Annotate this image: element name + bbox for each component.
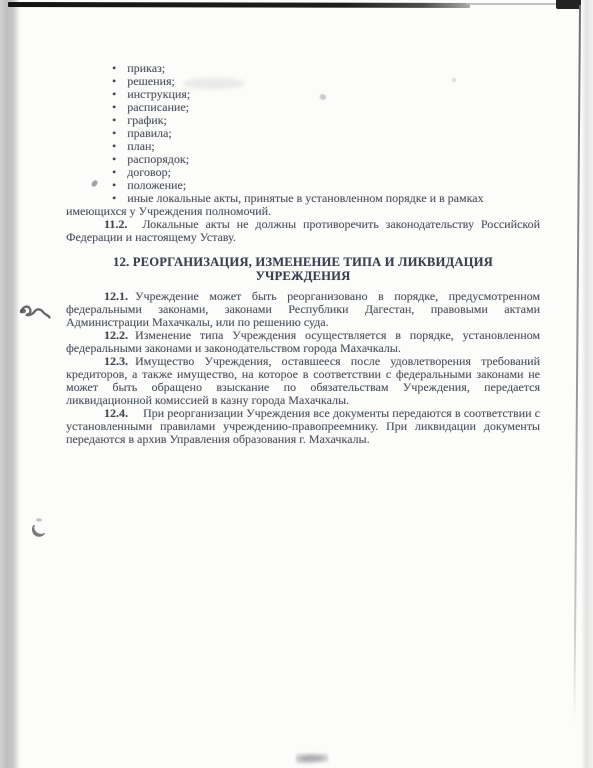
bullet-marker: •: [112, 61, 116, 75]
bullet-marker: •: [112, 126, 116, 140]
bullet-marker: •: [112, 74, 116, 88]
list-item-text: расписание;: [127, 100, 189, 114]
paragraph-text: Учреждение может быть реорганизовано в п…: [66, 289, 540, 329]
list-item-text: иные локальные акты, принятые в установл…: [66, 191, 484, 218]
paragraph-number: 12.3.: [104, 354, 128, 368]
list-item-text: график;: [127, 113, 167, 127]
list-item-other-acts: •иные локальные акты, принятые в установ…: [66, 192, 514, 218]
list-item-text: приказ;: [127, 61, 165, 75]
local-acts-bullet-list: •приказ; •решения; •инструкция; •расписа…: [66, 62, 540, 192]
bullet-marker: •: [112, 165, 116, 179]
list-item-text: план;: [127, 139, 155, 153]
paragraph-number: 12.1.: [104, 289, 128, 303]
paragraph-number: 11.2.: [104, 217, 127, 231]
list-item-text: договор;: [127, 165, 171, 179]
paragraph-11-2: 11.2.Локальные акты не должны противореч…: [66, 218, 540, 244]
scan-right-edge-shadow: [581, 0, 593, 768]
list-item-text: распорядок;: [127, 152, 189, 166]
paragraph-12-1: 12.1.Учреждение может быть реорганизован…: [66, 290, 540, 329]
bullet-marker: •: [112, 87, 116, 101]
paragraph-text: Локальные акты не должны противоречить з…: [66, 217, 540, 244]
list-item-text: инструкция;: [127, 87, 190, 101]
bullet-marker: •: [112, 152, 116, 166]
scan-top-edge-line: [8, 2, 470, 8]
bullet-marker: •: [112, 113, 116, 127]
list-item-text: положение;: [127, 178, 186, 192]
section-12-heading: 12. РЕОРГАНИЗАЦИЯ, ИЗМЕНЕНИЕ ТИПА И ЛИКВ…: [97, 256, 509, 283]
paragraph-12-2: 12.2.Изменение типа Учреждения осуществл…: [66, 329, 540, 355]
scan-left-edge-shadow: [0, 0, 20, 768]
scan-right-edge-line: [573, 5, 581, 725]
bullet-marker: •: [112, 139, 116, 153]
hole-punch-shadow-artifact: [29, 513, 47, 539]
list-item-text: правила;: [127, 126, 171, 140]
ink-squiggle-artifact: [19, 303, 51, 323]
paragraph-text: Имущество Учреждения, оставшееся после у…: [66, 354, 540, 407]
bullet-marker: •: [112, 178, 116, 192]
paragraph-number: 12.4.: [104, 406, 128, 420]
paragraph-12-4: 12.4.При реорганизации Учреждения все до…: [66, 407, 540, 446]
paragraph-text: Изменение типа Учреждения осуществляется…: [66, 328, 540, 355]
list-item-text: решения;: [127, 74, 175, 88]
paragraph-number: 12.2.: [104, 328, 128, 342]
paragraph-12-3: 12.3.Имущество Учреждения, оставшееся по…: [66, 355, 540, 407]
bullet-marker: •: [112, 191, 116, 205]
bullet-marker: •: [112, 100, 116, 114]
paragraph-text: При реорганизации Учреждения все докумен…: [66, 406, 540, 446]
scanned-document-page: •приказ; •решения; •инструкция; •расписа…: [0, 0, 593, 768]
scan-top-edge-line-thin: [466, 3, 560, 5]
document-text-column: •приказ; •решения; •инструкция; •расписа…: [66, 62, 540, 446]
page-number-smudge: [296, 751, 328, 765]
